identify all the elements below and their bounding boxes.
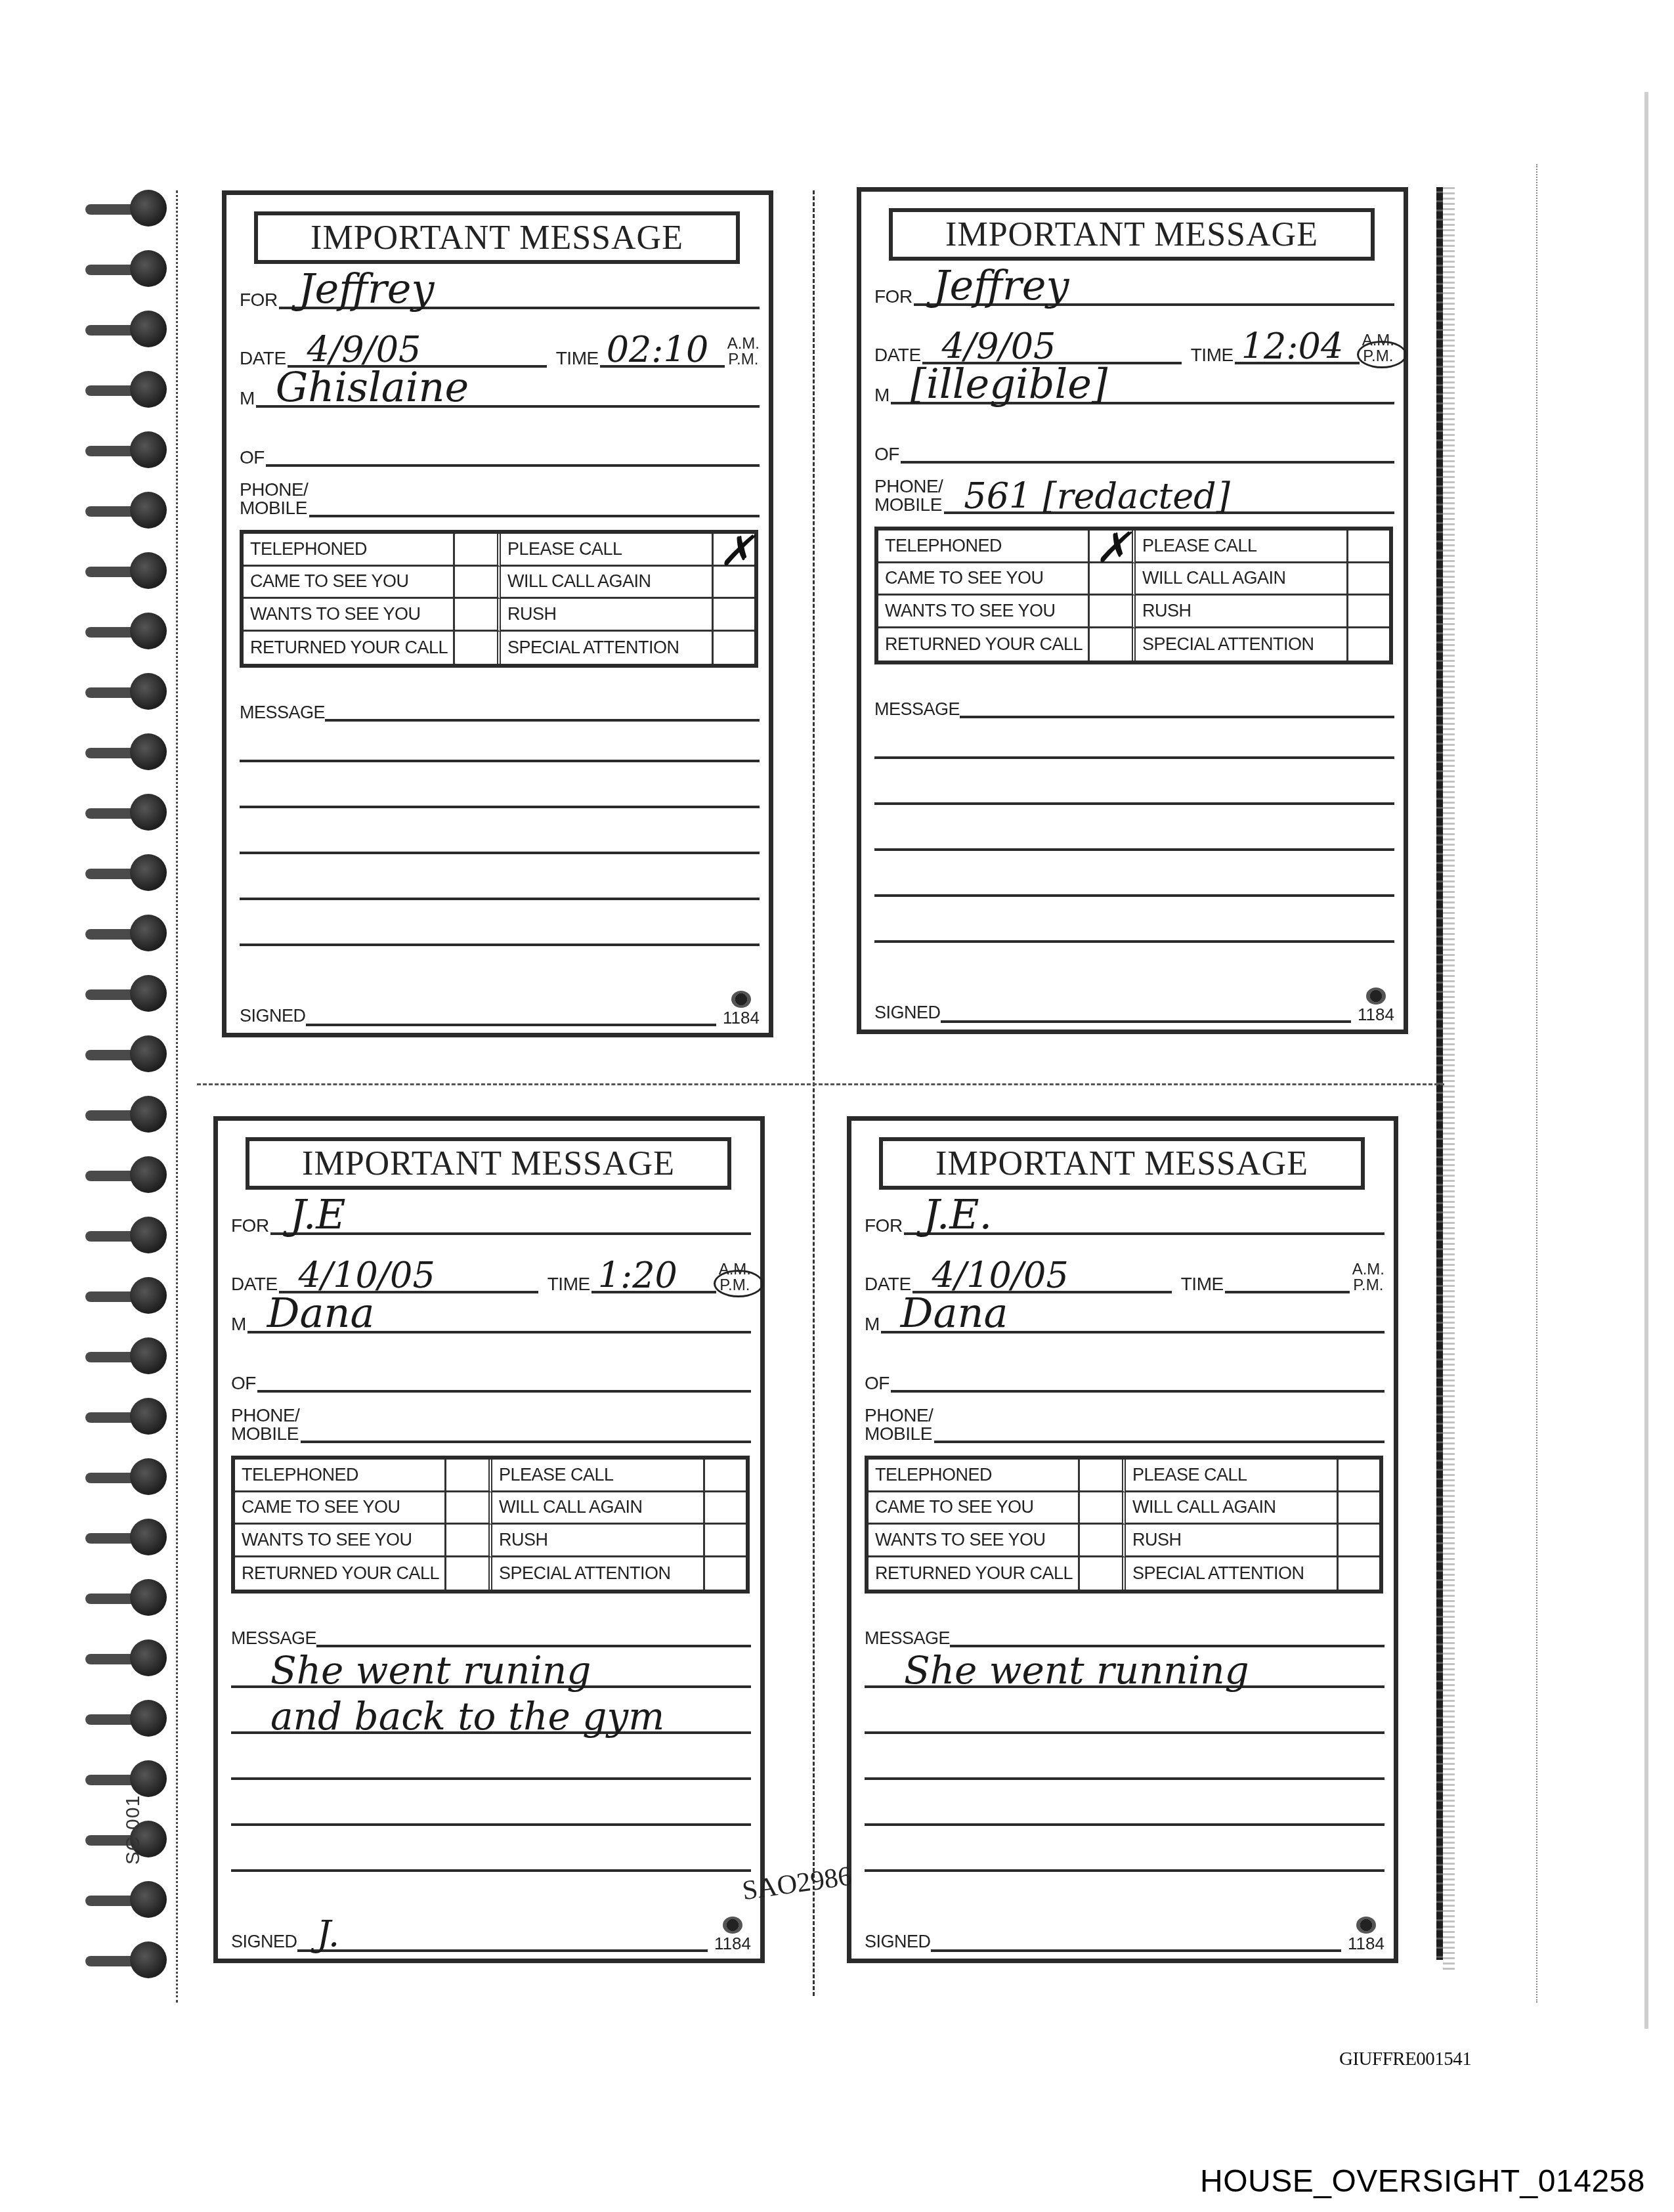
option-label: TELEPHONED <box>878 531 1090 563</box>
option-checkbox[interactable] <box>1090 563 1136 596</box>
phone-field: PHONE/MOBILE <box>240 481 760 517</box>
from-value: Ghislaine <box>276 367 469 408</box>
message-slip: IMPORTANT MESSAGEFORJeffreyDATE4/9/05TIM… <box>222 190 773 1037</box>
option-label: RUSH <box>1126 1525 1339 1557</box>
date-value: 4/9/05 <box>307 332 421 368</box>
giuffre-bates-number: GIUFFRE001541 <box>1339 2049 1471 2070</box>
signed-value: J. <box>317 1917 340 1952</box>
m-label: M <box>874 386 890 404</box>
am-label: A.M. <box>1352 1262 1384 1278</box>
option-checkbox[interactable] <box>1080 1557 1126 1590</box>
slip-title: IMPORTANT MESSAGE <box>945 215 1318 254</box>
spiral-coil <box>79 1395 177 1437</box>
option-checkbox[interactable] <box>1080 1525 1126 1557</box>
option-label: WILL CALL AGAIN <box>492 1492 705 1525</box>
option-checkbox[interactable] <box>714 599 754 632</box>
option-checkbox[interactable] <box>1090 596 1136 628</box>
time-label: TIME <box>547 1275 590 1293</box>
message-line <box>240 766 760 808</box>
message-line <box>874 809 1394 851</box>
for-field: FORJeffrey <box>240 287 760 309</box>
option-label: WANTS TO SEE YOU <box>869 1525 1080 1557</box>
spiral-coil <box>79 1033 177 1075</box>
option-checkbox[interactable] <box>1080 1492 1126 1525</box>
mobile-label: MOBILE <box>240 498 307 518</box>
phone-field: PHONE/MOBILE <box>231 1406 751 1443</box>
of-field: OF <box>231 1370 751 1393</box>
pm-circled-mark <box>714 1270 763 1297</box>
pm-label: P.M. <box>1352 1278 1384 1293</box>
from-field: MDana <box>231 1311 751 1334</box>
of-field: OF <box>865 1370 1384 1393</box>
spiral-coil <box>79 368 177 410</box>
spiral-coil <box>79 972 177 1014</box>
m-label: M <box>231 1315 246 1334</box>
phone-value: 561 [redacted] <box>964 479 1230 514</box>
option-checkbox[interactable] <box>455 599 501 632</box>
option-checkbox[interactable] <box>705 1525 746 1557</box>
spiral-coil <box>79 1154 177 1196</box>
time-value: 12:04 <box>1241 329 1344 364</box>
spiral-binding <box>79 187 190 1999</box>
spiral-coil <box>79 1637 177 1679</box>
m-label: M <box>240 389 255 408</box>
from-field: M[illegible] <box>874 382 1394 404</box>
option-label: CAME TO SEE YOU <box>869 1492 1080 1525</box>
option-label: WILL CALL AGAIN <box>1136 563 1348 596</box>
message-line <box>874 855 1394 897</box>
option-checkbox[interactable] <box>1339 1492 1379 1525</box>
message-line <box>874 901 1394 943</box>
option-checkbox[interactable] <box>1339 1460 1379 1492</box>
message-label: MESSAGE <box>240 704 325 722</box>
for-value: Jeffrey <box>299 269 435 309</box>
phone-label: PHONE/ <box>231 1405 299 1425</box>
option-checkbox[interactable] <box>1348 628 1389 661</box>
spiral-coil <box>79 1758 177 1800</box>
for-value: J.E. <box>924 1194 993 1235</box>
option-label: RETURNED YOUR CALL <box>244 632 455 664</box>
message-text: She went runing <box>270 1651 591 1689</box>
am-pm-indicator: A.M.P.M. <box>727 336 760 368</box>
message-field: MESSAGE <box>231 1626 751 1647</box>
option-label: TELEPHONED <box>869 1460 1080 1492</box>
spiral-coil <box>79 429 177 471</box>
slip-title-box: IMPORTANT MESSAGE <box>254 211 740 264</box>
message-label: MESSAGE <box>874 701 960 718</box>
m-label: M <box>865 1315 880 1334</box>
checkbox-grid: TELEPHONEDPLEASE CALLCAME TO SEE YOUWILL… <box>231 1456 750 1594</box>
am-pm-indicator: A.M.P.M. <box>1362 333 1394 364</box>
for-value: Jeffrey <box>934 265 1069 306</box>
message-label: MESSAGE <box>865 1630 950 1647</box>
option-label: WANTS TO SEE YOU <box>244 599 455 632</box>
signed-field: SIGNED1184 <box>865 1917 1384 1952</box>
option-checkbox[interactable] <box>446 1460 492 1492</box>
time-label: TIME <box>1191 346 1234 364</box>
option-label: WANTS TO SEE YOU <box>878 596 1090 628</box>
option-checkbox[interactable] <box>1348 531 1389 563</box>
from-field: MGhislaine <box>240 385 760 408</box>
spiral-coil <box>79 248 177 290</box>
for-field: FORJ.E. <box>865 1213 1384 1235</box>
for-label: FOR <box>231 1217 269 1235</box>
message-line <box>240 904 760 946</box>
of-field: OF <box>874 441 1394 464</box>
message-slip: IMPORTANT MESSAGEFORJ.E.DATE4/10/05TIMEA… <box>847 1116 1398 1963</box>
spiral-coil <box>79 1516 177 1558</box>
phone-label: PHONE/ <box>874 476 943 496</box>
manufacturer-logo-icon <box>723 1917 742 1934</box>
perforation-horizontal <box>197 1083 1444 1085</box>
spiral-coil <box>79 1697 177 1739</box>
message-line <box>240 720 760 762</box>
option-checkbox[interactable] <box>455 534 501 567</box>
spiral-coil <box>79 489 177 531</box>
option-checkbox[interactable]: ✗ <box>714 534 754 567</box>
page-stack-edge <box>1436 187 1443 1960</box>
message-text: She went running <box>904 1651 1249 1689</box>
option-label: SPECIAL ATTENTION <box>1136 628 1348 661</box>
slip-title: IMPORTANT MESSAGE <box>311 219 683 257</box>
message-line <box>231 1738 751 1780</box>
time-value: 02:10 <box>607 332 709 368</box>
spiral-coil <box>79 1335 177 1377</box>
option-checkbox[interactable] <box>446 1525 492 1557</box>
phone-label: PHONE/ <box>865 1405 933 1425</box>
message-field: MESSAGE <box>865 1626 1384 1647</box>
option-checkbox[interactable] <box>455 632 501 664</box>
slip-title: IMPORTANT MESSAGE <box>935 1144 1308 1183</box>
message-line <box>874 717 1394 759</box>
option-checkbox[interactable] <box>455 567 501 599</box>
spiral-coil <box>79 1214 177 1256</box>
message-line <box>874 763 1394 805</box>
for-value: J.E <box>290 1194 346 1235</box>
message-line: She went running <box>865 1646 1384 1688</box>
of-label: OF <box>874 445 899 464</box>
signed-label: SIGNED <box>874 1003 941 1023</box>
option-checkbox[interactable] <box>1348 563 1389 596</box>
mobile-label: MOBILE <box>865 1423 932 1444</box>
option-label: PLEASE CALL <box>492 1460 705 1492</box>
option-label: RETURNED YOUR CALL <box>878 628 1090 661</box>
signed-label: SIGNED <box>231 1932 297 1952</box>
message-slip: IMPORTANT MESSAGEFORJeffreyDATE4/9/05TIM… <box>857 187 1408 1034</box>
signed-label: SIGNED <box>240 1006 306 1026</box>
manufacturer-logo-icon <box>1356 1917 1376 1934</box>
option-label: WILL CALL AGAIN <box>501 567 714 599</box>
message-line <box>865 1784 1384 1826</box>
option-checkbox[interactable] <box>1090 628 1136 661</box>
message-field: MESSAGE <box>240 701 760 722</box>
option-label: TELEPHONED <box>235 1460 446 1492</box>
option-label: RETURNED YOUR CALL <box>235 1557 446 1590</box>
option-checkbox[interactable] <box>714 632 754 664</box>
scan-edge <box>1644 92 1648 2029</box>
form-number: 1184 <box>1348 1917 1384 1952</box>
message-line <box>231 1784 751 1826</box>
from-field: MDana <box>865 1311 1384 1334</box>
option-checkbox[interactable] <box>446 1557 492 1590</box>
time-label: TIME <box>556 349 599 368</box>
option-label: RUSH <box>1136 596 1348 628</box>
from-value: [illegible] <box>911 364 1107 404</box>
signed-field: SIGNEDJ.1184 <box>231 1917 751 1952</box>
slip-title: IMPORTANT MESSAGE <box>302 1144 675 1183</box>
signed-field: SIGNED1184 <box>874 987 1394 1023</box>
spiral-coil <box>79 1878 177 1920</box>
option-checkbox[interactable] <box>705 1557 746 1590</box>
spiral-coil <box>79 1576 177 1618</box>
option-checkbox[interactable] <box>446 1492 492 1525</box>
message-line <box>865 1830 1384 1872</box>
option-label: RUSH <box>501 599 714 632</box>
mobile-label: MOBILE <box>231 1423 299 1444</box>
message-line <box>240 812 760 854</box>
option-label: SPECIAL ATTENTION <box>501 632 714 664</box>
option-checkbox[interactable]: ✗ <box>1090 531 1136 563</box>
message-line <box>240 858 760 900</box>
date-value: 4/10/05 <box>932 1258 1069 1293</box>
scan-margin-dots <box>1536 164 1537 2003</box>
spiral-coil <box>79 670 177 712</box>
for-label: FOR <box>874 288 912 306</box>
spiral-coil <box>79 912 177 954</box>
option-label: CAME TO SEE YOU <box>878 563 1090 596</box>
message-label: MESSAGE <box>231 1630 316 1647</box>
spiral-coil <box>79 550 177 592</box>
pm-label: P.M. <box>727 352 760 368</box>
option-label: PLEASE CALL <box>1126 1460 1339 1492</box>
spiral-code-stamp: SC 001 <box>122 1795 144 1865</box>
from-value: Dana <box>901 1293 1008 1334</box>
form-number: 1184 <box>714 1917 751 1952</box>
signed-label: SIGNED <box>865 1932 931 1952</box>
spiral-coil <box>79 187 177 229</box>
from-value: Dana <box>267 1293 375 1334</box>
date-value: 4/10/05 <box>299 1258 435 1293</box>
option-label: WILL CALL AGAIN <box>1126 1492 1339 1525</box>
checkbox-grid: TELEPHONEDPLEASE CALLCAME TO SEE YOUWILL… <box>865 1456 1383 1594</box>
option-checkbox[interactable] <box>705 1460 746 1492</box>
option-label: RUSH <box>492 1525 705 1557</box>
message-line <box>865 1738 1384 1780</box>
time-value: 1:20 <box>598 1258 677 1293</box>
spiral-coil <box>79 1274 177 1316</box>
option-label: TELEPHONED <box>244 534 455 567</box>
checkbox-grid: TELEPHONED✗PLEASE CALLCAME TO SEE YOUWIL… <box>874 527 1393 664</box>
spiral-coil <box>79 1093 177 1135</box>
message-line <box>231 1830 751 1872</box>
option-label: PLEASE CALL <box>501 534 714 567</box>
message-slip: IMPORTANT MESSAGEFORJ.EDATE4/10/05TIME1:… <box>213 1116 765 1963</box>
for-field: FORJ.E <box>231 1213 751 1235</box>
option-label: WANTS TO SEE YOU <box>235 1525 446 1557</box>
manufacturer-logo-icon <box>731 991 751 1008</box>
option-checkbox[interactable] <box>1339 1525 1379 1557</box>
option-checkbox[interactable] <box>1080 1460 1126 1492</box>
of-label: OF <box>231 1374 256 1393</box>
manufacturer-logo-icon <box>1366 987 1386 1005</box>
message-line: and back to the gym <box>231 1692 751 1734</box>
for-field: FORJeffrey <box>874 284 1394 306</box>
for-label: FOR <box>240 291 278 309</box>
option-label: PLEASE CALL <box>1136 531 1348 563</box>
am-pm-indicator: A.M.P.M. <box>1352 1262 1384 1293</box>
page-stack-edge-shadow <box>1443 187 1455 1973</box>
spiral-coil <box>79 731 177 773</box>
message-text: and back to the gym <box>270 1697 664 1735</box>
option-label: RETURNED YOUR CALL <box>869 1557 1080 1590</box>
option-checkbox[interactable] <box>1339 1557 1379 1590</box>
slip-title-box: IMPORTANT MESSAGE <box>879 1137 1365 1190</box>
form-number: 1184 <box>723 991 760 1026</box>
of-label: OF <box>240 448 265 467</box>
am-pm-indicator: A.M.P.M. <box>719 1262 751 1293</box>
message-field: MESSAGE <box>874 697 1394 718</box>
option-label: CAME TO SEE YOU <box>244 567 455 599</box>
option-label: CAME TO SEE YOU <box>235 1492 446 1525</box>
binding-perforation <box>176 190 178 2003</box>
message-line: She went runing <box>231 1646 751 1688</box>
message-line <box>865 1692 1384 1734</box>
spiral-coil <box>79 308 177 350</box>
spiral-coil <box>79 852 177 894</box>
mobile-label: MOBILE <box>874 494 942 515</box>
option-checkbox[interactable] <box>705 1492 746 1525</box>
signed-field: SIGNED1184 <box>240 991 760 1026</box>
phone-field: PHONE/MOBILE561 [redacted] <box>874 477 1394 514</box>
time-label: TIME <box>1181 1275 1224 1293</box>
am-label: A.M. <box>727 336 760 352</box>
option-label: SPECIAL ATTENTION <box>1126 1557 1339 1590</box>
of-field: OF <box>240 445 760 467</box>
checkbox-grid: TELEPHONEDPLEASE CALL✗CAME TO SEE YOUWIL… <box>240 530 758 668</box>
of-label: OF <box>865 1374 890 1393</box>
house-oversight-bates-number: HOUSE_OVERSIGHT_014258 <box>1200 2163 1645 2200</box>
for-label: FOR <box>865 1217 903 1235</box>
form-number: 1184 <box>1358 987 1394 1023</box>
perforation-vertical <box>813 190 815 1996</box>
spiral-coil <box>79 1939 177 1981</box>
spiral-coil <box>79 1456 177 1498</box>
pm-circled-mark <box>1357 341 1407 368</box>
spiral-coil <box>79 610 177 652</box>
option-checkbox[interactable] <box>1348 596 1389 628</box>
phone-label: PHONE/ <box>240 479 308 500</box>
option-label: SPECIAL ATTENTION <box>492 1557 705 1590</box>
spiral-coil <box>79 791 177 833</box>
option-checkbox[interactable] <box>714 567 754 599</box>
slip-title-box: IMPORTANT MESSAGE <box>246 1137 731 1190</box>
date-value: 4/9/05 <box>942 329 1056 364</box>
phone-field: PHONE/MOBILE <box>865 1406 1384 1443</box>
slip-title-box: IMPORTANT MESSAGE <box>889 208 1375 261</box>
